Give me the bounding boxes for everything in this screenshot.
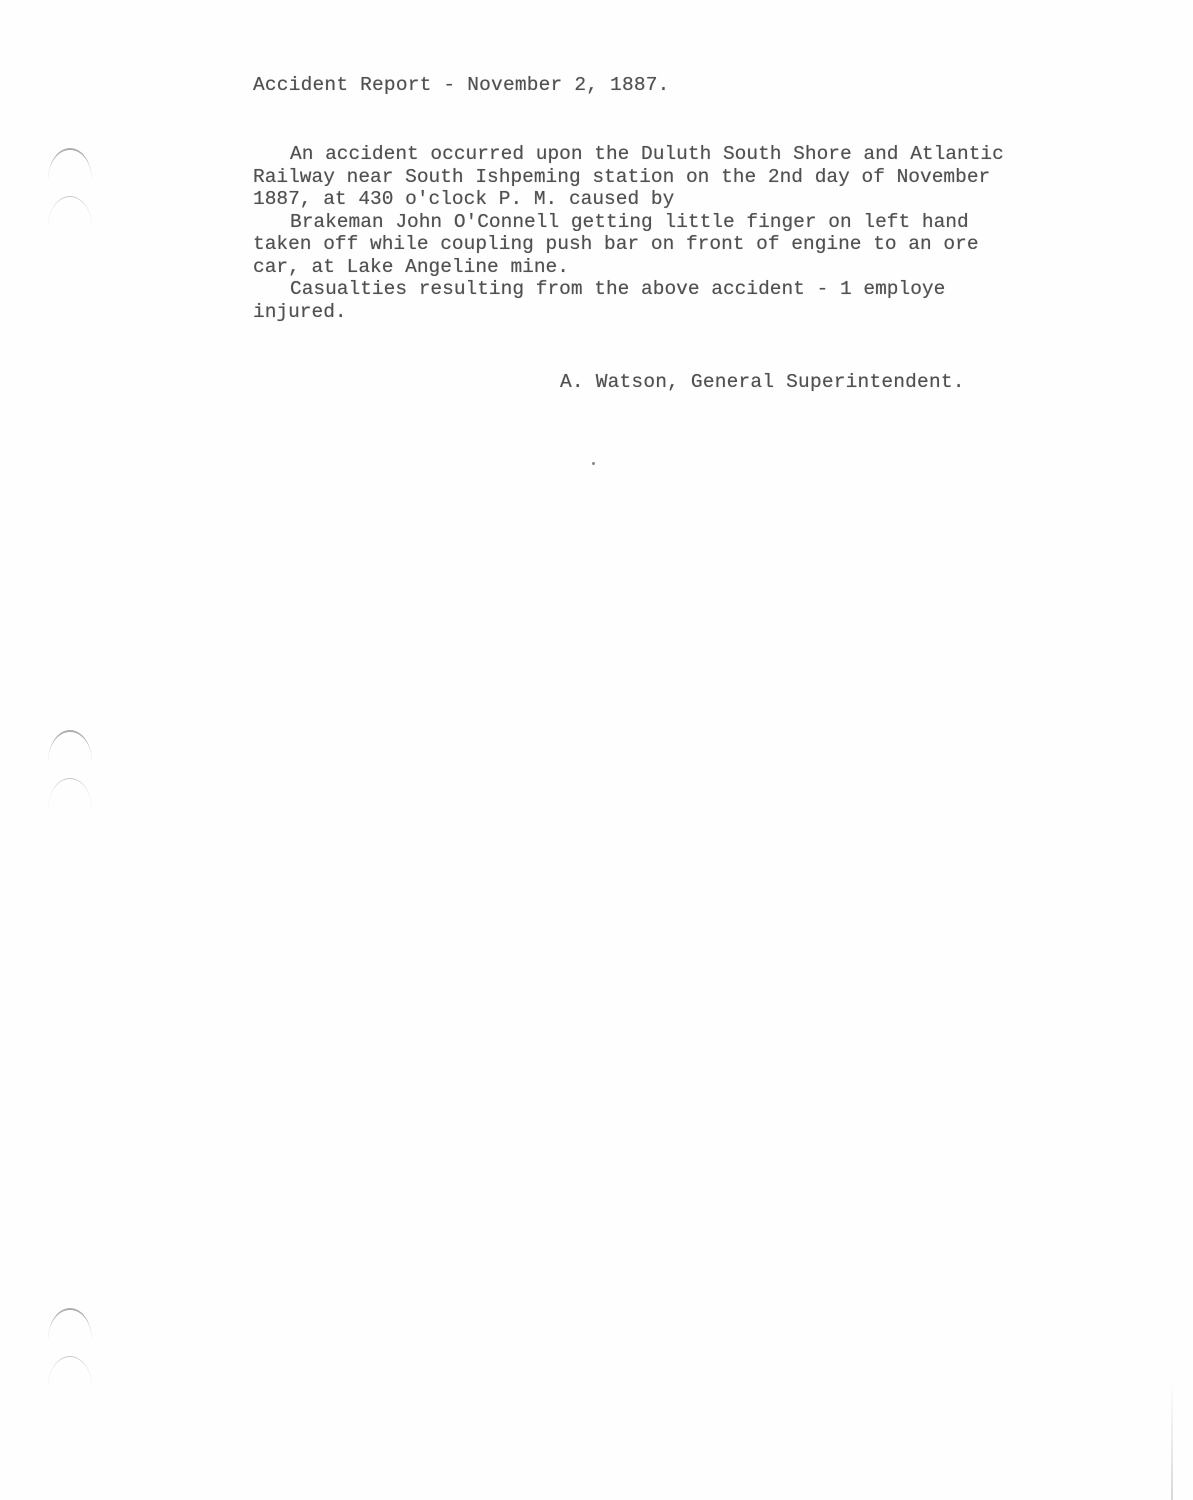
scanned-page: Accident Report - November 2, 1887. An a… xyxy=(0,0,1193,1500)
body-line: car, at Lake Angeline mine. xyxy=(253,256,1004,279)
binder-punch-mark xyxy=(48,1308,92,1340)
stray-ink-dot xyxy=(592,462,595,465)
page-edge-shadow xyxy=(1171,1380,1173,1500)
body-line: Casualties resulting from the above acci… xyxy=(253,278,1004,301)
body-line: Railway near South Ishpeming station on … xyxy=(253,166,1004,189)
binder-punch-mark xyxy=(48,148,92,180)
report-body: An accident occurred upon the Duluth Sou… xyxy=(253,143,1004,323)
binder-punch-mark xyxy=(48,196,92,227)
report-title: Accident Report - November 2, 1887. xyxy=(253,74,670,96)
body-line: injured. xyxy=(253,301,1004,324)
binder-punch-mark xyxy=(48,1356,92,1387)
body-line: Brakeman John O'Connell getting little f… xyxy=(253,211,1004,234)
body-line: An accident occurred upon the Duluth Sou… xyxy=(253,143,1004,166)
body-line: taken off while coupling push bar on fro… xyxy=(253,233,1004,256)
signature: A. Watson, General Superintendent. xyxy=(560,371,965,393)
body-line: 1887, at 430 o'clock P. M. caused by xyxy=(253,188,1004,211)
binder-punch-mark xyxy=(48,730,92,762)
binder-punch-mark xyxy=(48,778,92,809)
